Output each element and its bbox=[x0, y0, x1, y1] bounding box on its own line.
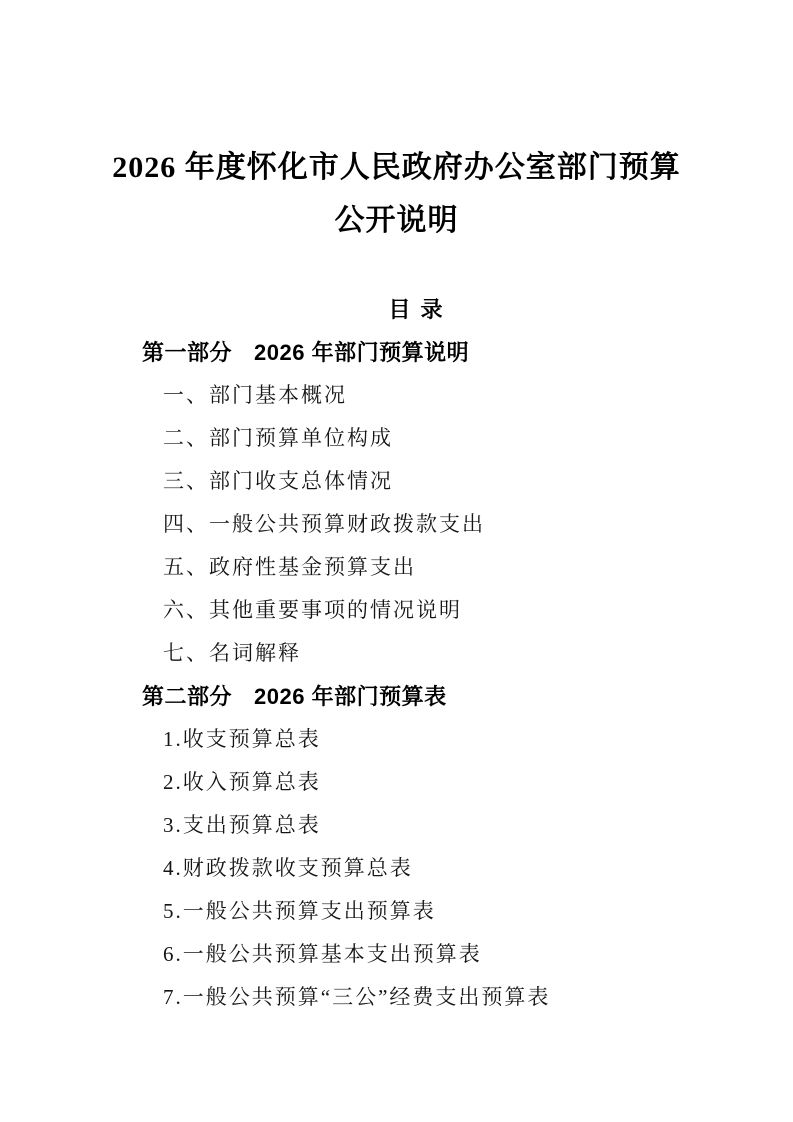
toc-item-part1-1: 一、部门基本概况 bbox=[142, 374, 793, 417]
toc-item-part1-4: 四、一般公共预算财政拨款支出 bbox=[142, 503, 793, 546]
toc-item-part1-6: 六、其他重要事项的情况说明 bbox=[142, 589, 793, 632]
toc-heading: 目 录 bbox=[0, 288, 793, 331]
part2-label: 第二部分 bbox=[142, 684, 232, 709]
toc-item-part1-3: 三、部门收支总体情况 bbox=[142, 460, 793, 503]
document-title-line-2: 公开说明 bbox=[0, 194, 793, 247]
part2-heading: 第二部分2026 年部门预算表 bbox=[142, 675, 793, 718]
toc-item-part2-5: 5.一般公共预算支出预算表 bbox=[142, 890, 793, 933]
document-page: 2026 年度怀化市人民政府办公室部门预算 公开说明 目 录 第一部分2026 … bbox=[0, 0, 793, 1122]
part1-label: 第一部分 bbox=[142, 340, 232, 365]
document-title: 2026 年度怀化市人民政府办公室部门预算 公开说明 bbox=[0, 141, 793, 247]
toc-item-part2-6: 6.一般公共预算基本支出预算表 bbox=[142, 933, 793, 976]
toc-item-part1-5: 五、政府性基金预算支出 bbox=[142, 546, 793, 589]
table-of-contents: 第一部分2026 年部门预算说明 一、部门基本概况 二、部门预算单位构成 三、部… bbox=[142, 331, 793, 1019]
toc-item-part2-1: 1.收支预算总表 bbox=[142, 718, 793, 761]
toc-item-part2-4: 4.财政拨款收支预算总表 bbox=[142, 847, 793, 890]
part1-title: 2026 年部门预算说明 bbox=[254, 340, 469, 365]
toc-item-part1-7: 七、名词解释 bbox=[142, 632, 793, 675]
part1-heading: 第一部分2026 年部门预算说明 bbox=[142, 331, 793, 374]
toc-item-part2-7: 7.一般公共预算“三公”经费支出预算表 bbox=[142, 976, 793, 1019]
part2-title: 2026 年部门预算表 bbox=[254, 684, 447, 709]
toc-item-part2-3: 3.支出预算总表 bbox=[142, 804, 793, 847]
toc-item-part1-2: 二、部门预算单位构成 bbox=[142, 417, 793, 460]
toc-item-part2-2: 2.收入预算总表 bbox=[142, 761, 793, 804]
document-title-line-1: 2026 年度怀化市人民政府办公室部门预算 bbox=[0, 141, 793, 194]
